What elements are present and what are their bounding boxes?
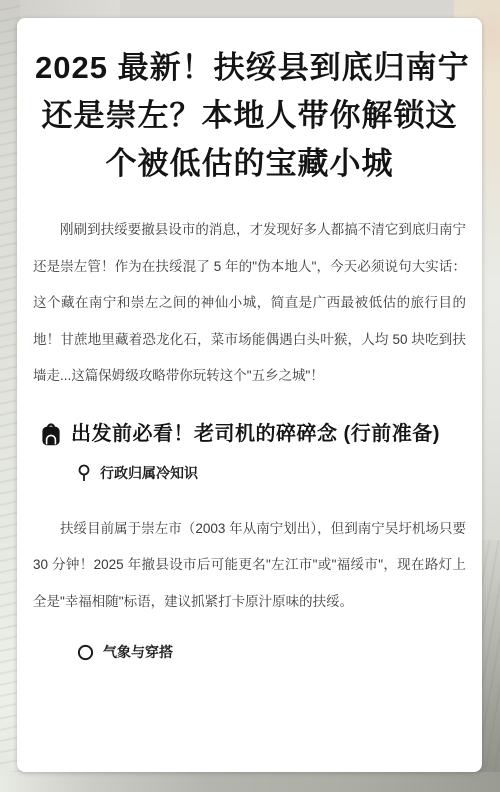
circle-icon xyxy=(77,644,94,661)
subsection-heading-admin-text: 行政归属冷知识 xyxy=(100,463,198,483)
article-title: 2025 最新！扶绥县到底归南宁 还是崇左？本地人带你解锁这 个被低估的宝藏小城 xyxy=(35,44,464,188)
admin-paragraph: 扶绥目前属于崇左市（2003 年从南宁划出），但到南宁吴圩机场只要 30 分钟！… xyxy=(33,511,466,621)
backpack-icon xyxy=(41,422,61,446)
pin-icon xyxy=(77,464,91,482)
article-card: 2025 最新！扶绥县到底归南宁 还是崇左？本地人带你解锁这 个被低估的宝藏小城… xyxy=(17,18,482,772)
title-line-3: 个被低估的宝藏小城 xyxy=(35,140,464,188)
title-line-2: 还是崇左？本地人带你解锁这 xyxy=(35,92,464,140)
title-line-1: 2025 最新！扶绥县到底归南宁 xyxy=(35,44,464,92)
subsection-heading-weather-text: 气象与穿搭 xyxy=(103,642,173,662)
subsection-heading-admin: 行政归属冷知识 xyxy=(77,463,466,483)
background-texture-bottom xyxy=(0,772,500,792)
section-heading-trip-prep: 出发前必看！老司机的碎碎念 (行前准备) xyxy=(41,420,466,448)
intro-paragraph: 刚刷到扶绥要撤县设市的消息，才发现好多人都搞不清它到底归南宁还是崇左管！作为在扶… xyxy=(33,212,466,395)
subsection-heading-weather: 气象与穿搭 xyxy=(77,642,466,662)
section-heading-text: 出发前必看！老司机的碎碎念 (行前准备) xyxy=(71,420,440,448)
